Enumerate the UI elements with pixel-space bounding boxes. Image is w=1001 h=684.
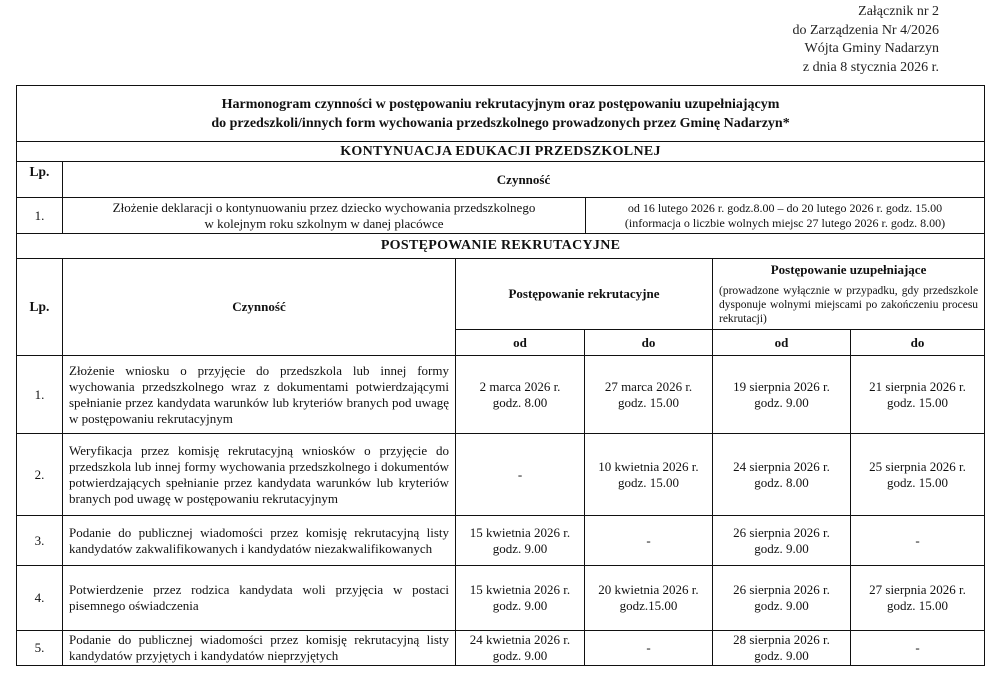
date-text: 20 kwietnia 2026 r. <box>591 582 706 598</box>
title-line-2: do przedszkoli/innych form wychowania pr… <box>23 114 978 133</box>
date-text: 25 sierpnia 2026 r. <box>857 459 978 475</box>
row-lp: 1. <box>17 198 63 234</box>
row-main-to: - <box>585 631 713 666</box>
time-text: godz.15.00 <box>591 598 706 614</box>
row-period: od 16 lutego 2026 r. godz.8.00 – do 20 l… <box>586 198 985 234</box>
row-supp-to: - <box>851 516 985 566</box>
header-main-recruitment: Postępowanie rekrutacyjne <box>456 259 713 330</box>
date-text: 28 sierpnia 2026 r. <box>719 632 844 648</box>
table-row: 4. Potwierdzenie przez rodzica kandydata… <box>17 566 985 631</box>
date-text: 10 kwietnia 2026 r. <box>591 459 706 475</box>
table-row: 3. Podanie do publicznej wiadomości prze… <box>17 516 985 566</box>
time-text: godz. 9.00 <box>462 541 578 557</box>
row-activity: Złożenie deklaracji o kontynuowaniu prze… <box>63 198 586 234</box>
row-main-from: - <box>456 434 585 516</box>
date-text: 19 sierpnia 2026 r. <box>719 379 844 395</box>
date-text: 26 sierpnia 2026 r. <box>719 582 844 598</box>
time-text: godz. 15.00 <box>857 475 978 491</box>
date-text: 2 marca 2026 r. <box>462 379 578 395</box>
row-activity: Złożenie wniosku o przyjęcie do przedszk… <box>63 356 456 434</box>
time-text: godz. 8.00 <box>719 475 844 491</box>
recruitment-header-activity: Czynność <box>63 259 456 356</box>
row-lp: 4. <box>17 566 63 631</box>
row-main-to: 10 kwietnia 2026 r.godz. 15.00 <box>585 434 713 516</box>
annex-line-2: do Zarządzenia Nr 4/2026 <box>792 22 939 41</box>
time-text: godz. 15.00 <box>591 475 706 491</box>
row-supp-to: 25 sierpnia 2026 r.godz. 15.00 <box>851 434 985 516</box>
date-text: 26 sierpnia 2026 r. <box>719 525 844 541</box>
time-text: godz. 9.00 <box>719 598 844 614</box>
time-text: godz. 9.00 <box>719 648 844 664</box>
row-lp: 5. <box>17 631 63 666</box>
table-row: 1. Złożenie deklaracji o kontynuowaniu p… <box>17 198 985 234</box>
continuation-header-activity: Czynność <box>63 162 985 198</box>
date-text: - <box>857 640 978 656</box>
recruitment-table: POSTĘPOWANIE REKRUTACYJNE Lp. Czynność P… <box>16 233 985 666</box>
date-text: 21 sierpnia 2026 r. <box>857 379 978 395</box>
date-text: 27 sierpnia 2026 r. <box>857 582 978 598</box>
row-supp-from: 24 sierpnia 2026 r.godz. 8.00 <box>713 434 851 516</box>
row-main-from: 15 kwietnia 2026 r.godz. 9.00 <box>456 566 585 631</box>
table-row: 2. Weryfikacja przez komisję rekrutacyjn… <box>17 434 985 516</box>
activity-line-1: Złożenie deklaracji o kontynuowaniu prze… <box>69 200 579 216</box>
period-line-2: (informacja o liczbie wolnych miejsc 27 … <box>592 216 978 231</box>
table-row: 1. Złożenie wniosku o przyjęcie do przed… <box>17 356 985 434</box>
header-main-from: od <box>456 330 585 356</box>
time-text: godz. 15.00 <box>857 598 978 614</box>
row-activity: Podanie do publicznej wiadomości przez k… <box>63 631 456 666</box>
row-supp-from: 28 sierpnia 2026 r.godz. 9.00 <box>713 631 851 666</box>
time-text: godz. 15.00 <box>857 395 978 411</box>
row-supp-to: 21 sierpnia 2026 r.godz. 15.00 <box>851 356 985 434</box>
row-main-to: 20 kwietnia 2026 r.godz.15.00 <box>585 566 713 631</box>
time-text: godz. 9.00 <box>719 541 844 557</box>
header-supp-to: do <box>851 330 985 356</box>
row-main-to: - <box>585 516 713 566</box>
annex-line-3: Wójta Gminy Nadarzyn <box>792 40 939 59</box>
header-supp-from: od <box>713 330 851 356</box>
continuation-header-lp: Lp. <box>17 162 63 198</box>
period-line-1: od 16 lutego 2026 r. godz.8.00 – do 20 l… <box>592 201 978 216</box>
date-text: 15 kwietnia 2026 r. <box>462 525 578 541</box>
time-text: godz. 8.00 <box>462 395 578 411</box>
row-activity: Podanie do publicznej wiadomości przez k… <box>63 516 456 566</box>
row-main-from: 15 kwietnia 2026 r.godz. 9.00 <box>456 516 585 566</box>
row-lp: 3. <box>17 516 63 566</box>
annex-header: Załącznik nr 2 do Zarządzenia Nr 4/2026 … <box>792 3 939 77</box>
date-text: 27 marca 2026 r. <box>591 379 706 395</box>
date-text: 15 kwietnia 2026 r. <box>462 582 578 598</box>
date-text: 24 sierpnia 2026 r. <box>719 459 844 475</box>
row-main-to: 27 marca 2026 r.godz. 15.00 <box>585 356 713 434</box>
time-text: godz. 9.00 <box>462 598 578 614</box>
row-main-from: 2 marca 2026 r.godz. 8.00 <box>456 356 585 434</box>
table-row: 5. Podanie do publicznej wiadomości prze… <box>17 631 985 666</box>
date-text: - <box>462 467 578 483</box>
time-text: godz. 9.00 <box>462 648 578 664</box>
time-text: godz. 9.00 <box>719 395 844 411</box>
header-supplementary-title: Postępowanie uzupełniające <box>719 262 978 278</box>
row-lp: 1. <box>17 356 63 434</box>
activity-line-2: w kolejnym roku szkolnym w danej placówc… <box>69 216 579 232</box>
row-activity: Weryfikacja przez komisję rekrutacyjną w… <box>63 434 456 516</box>
annex-line-4: z dnia 8 stycznia 2026 r. <box>792 59 939 78</box>
row-supp-from: 19 sierpnia 2026 r.godz. 9.00 <box>713 356 851 434</box>
header-supplementary-note: (prowadzone wyłącznie w przypadku, gdy p… <box>719 284 978 326</box>
row-supp-from: 26 sierpnia 2026 r.godz. 9.00 <box>713 566 851 631</box>
row-supp-to: - <box>851 631 985 666</box>
date-text: 24 kwietnia 2026 r. <box>462 632 578 648</box>
header-supplementary: Postępowanie uzupełniające (prowadzone w… <box>713 259 985 330</box>
date-text: - <box>591 640 706 656</box>
continuation-section-title: KONTYNUACJA EDUKACJI PRZEDSZKOLNEJ <box>17 142 985 162</box>
recruitment-section-title: POSTĘPOWANIE REKRUTACYJNE <box>17 234 985 259</box>
row-main-from: 24 kwietnia 2026 r.godz. 9.00 <box>456 631 585 666</box>
row-lp: 2. <box>17 434 63 516</box>
row-activity: Potwierdzenie przez rodzica kandydata wo… <box>63 566 456 631</box>
date-text: - <box>857 533 978 549</box>
annex-line-1: Załącznik nr 2 <box>792 3 939 22</box>
continuation-table: Harmonogram czynności w postępowaniu rek… <box>16 85 985 234</box>
document-title: Harmonogram czynności w postępowaniu rek… <box>17 86 985 142</box>
row-supp-to: 27 sierpnia 2026 r.godz. 15.00 <box>851 566 985 631</box>
header-main-to: do <box>585 330 713 356</box>
recruitment-header-lp: Lp. <box>17 259 63 356</box>
date-text: - <box>591 533 706 549</box>
time-text: godz. 15.00 <box>591 395 706 411</box>
row-supp-from: 26 sierpnia 2026 r.godz. 9.00 <box>713 516 851 566</box>
title-line-1: Harmonogram czynności w postępowaniu rek… <box>23 95 978 114</box>
